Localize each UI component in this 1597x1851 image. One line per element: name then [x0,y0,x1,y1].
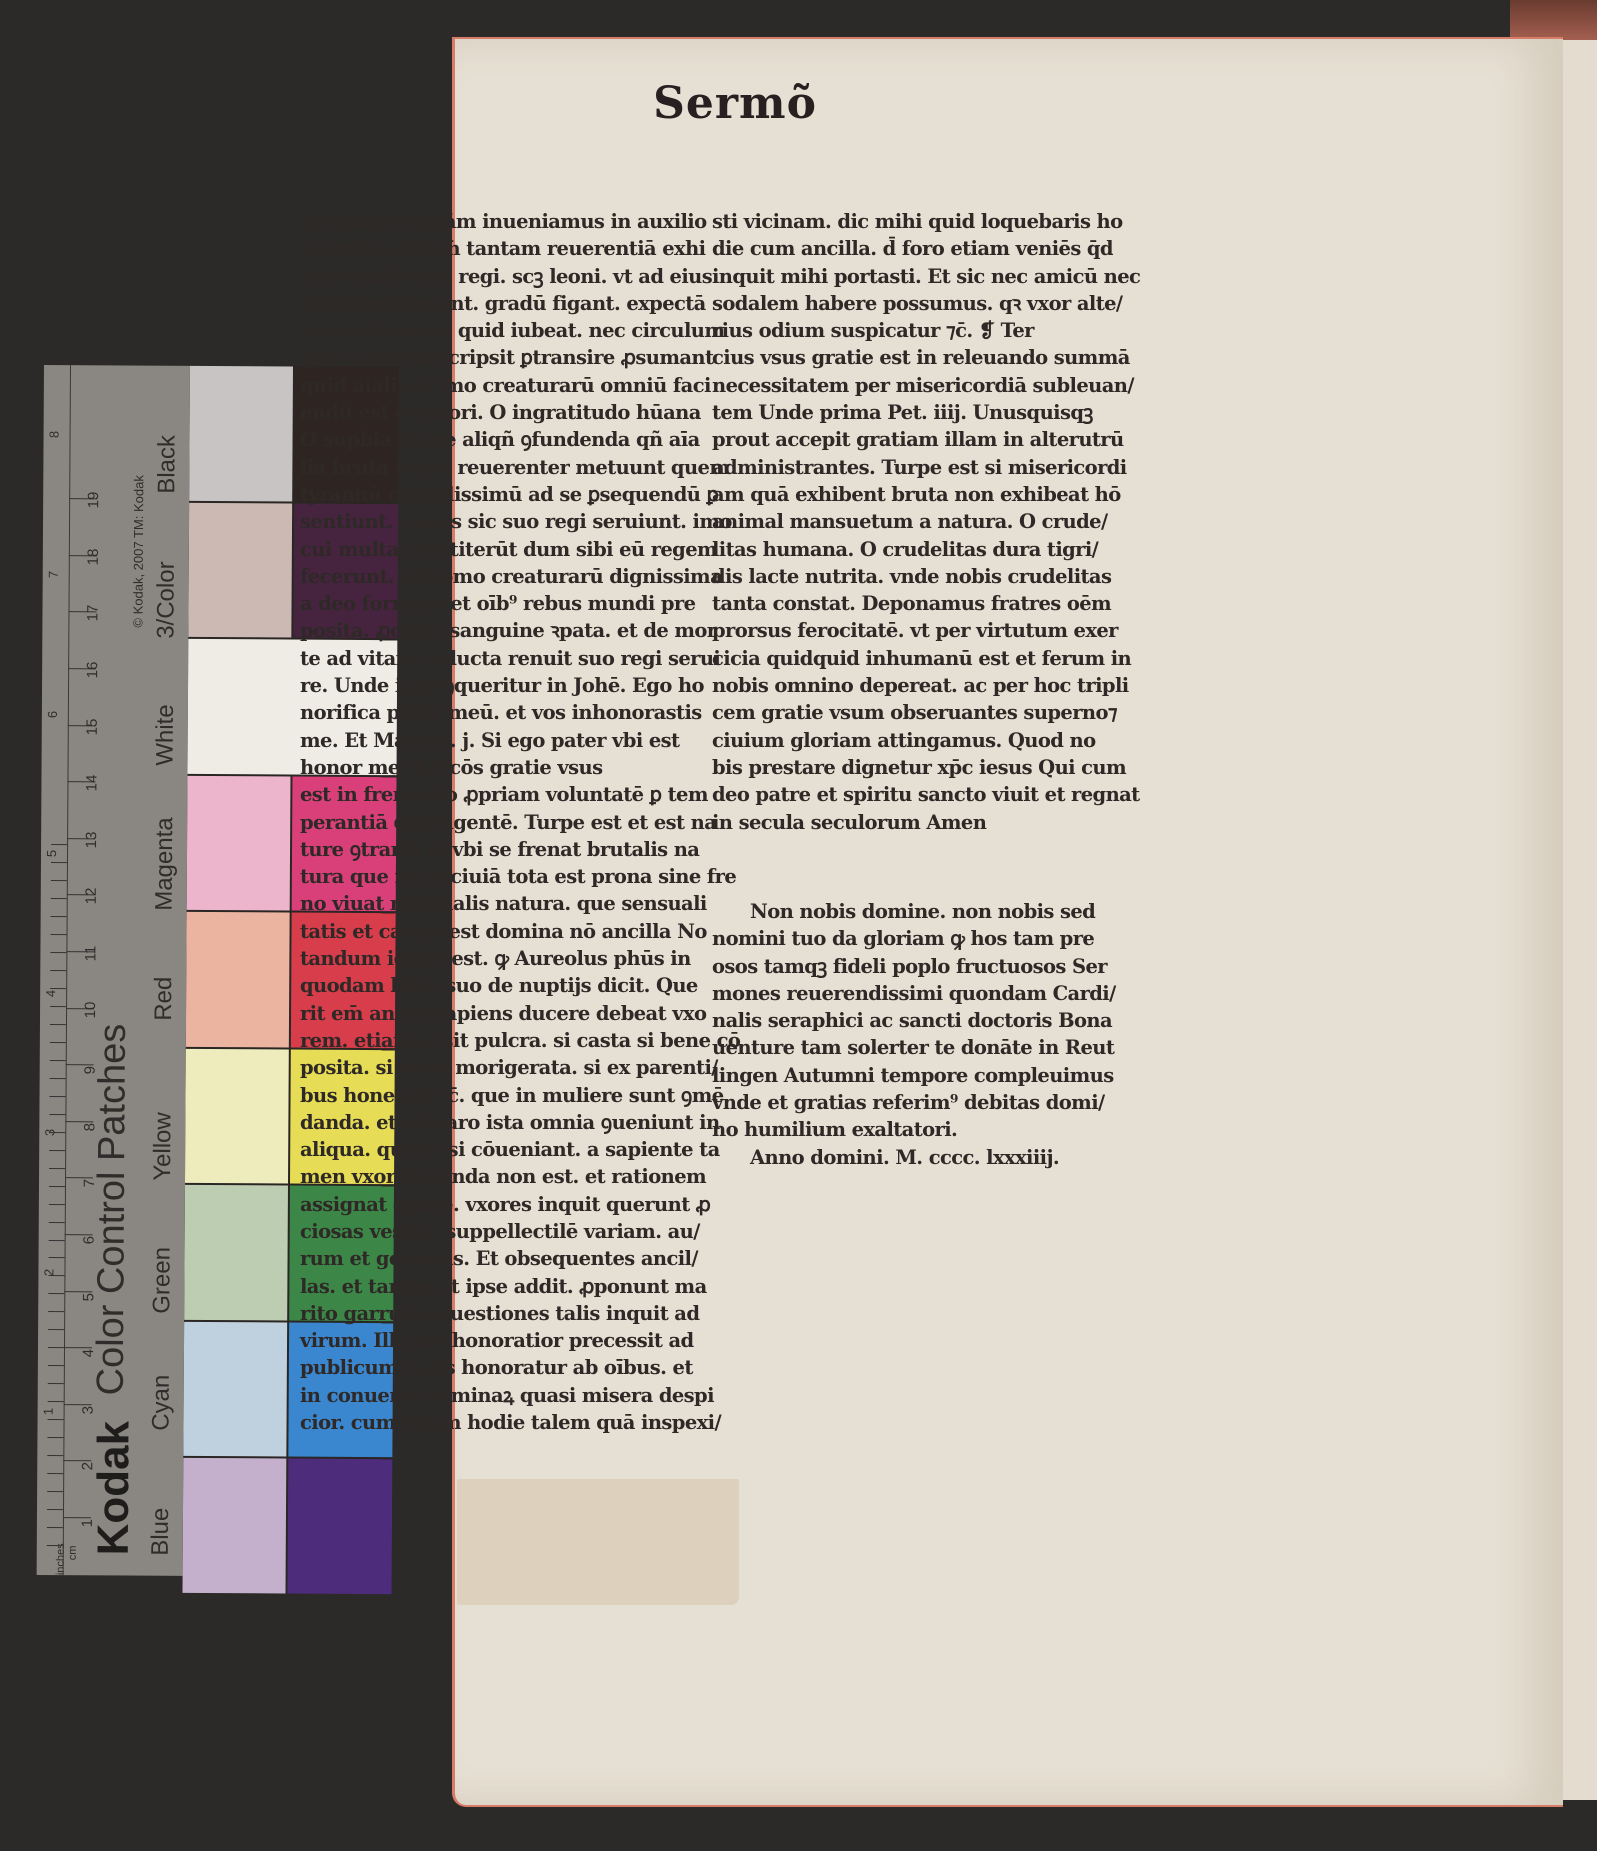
inch-tick [48,1365,64,1366]
inch-tick [48,1347,64,1348]
inch-tick [50,952,66,953]
running-head: Sermõ [615,78,855,129]
cm-number: 18 [85,548,102,565]
patch-blue-dark [288,1459,393,1594]
text-line: a deo formata et oīb⁹ rebus mundi pre [300,590,692,617]
text-line: publicum. talis honoratur ab oībus. et [300,1354,692,1381]
cm-tick [65,1121,93,1122]
text-line: cicia quidquid inhumanū est et ferum in [712,645,1092,672]
text-line: men vxor ducenda non est. et rationem [300,1163,692,1190]
cm-number: 5 [80,1292,97,1300]
text-line: fecerunt. et homo creaturarū dignissima [300,563,692,590]
text-line: die cum ancilla. d̄ foro etiam veniēs q̄… [712,235,1092,262]
inch-tick [51,844,67,845]
text-line: nobis omnino depereat. ac per hoc tripli [712,672,1092,699]
inch-tick [48,1311,64,1312]
text-line: norifica patrē meū. et vos inhonorastis [300,699,692,726]
text-line: virum. Illa me honoratior precessit ad [300,1327,692,1354]
text-column-right: sti vicinam. dic mihi quid loquebaris ho… [712,208,1092,836]
label-yellow: Yellow [149,1112,177,1181]
inch-number: 7 [46,571,61,578]
text-line: deo patre et spiritu sancto viuit et reg… [712,781,1092,808]
text-line: ciuium gloriam attingamus. Quod no [712,727,1092,754]
text-line: re. Unde ipse ꝯqueritur in Johē. Ego ho [300,672,692,699]
label-green: Green [148,1247,176,1314]
label-magenta: Magenta [151,817,180,911]
cm-number: 13 [83,831,100,848]
label-red: Red [150,977,178,1021]
text-line: tandum igitur est. ꝙ Aureolus phūs in [300,945,692,972]
inch-tick [47,1509,63,1510]
colophon: Non nobis domine. non nobis sednomini tu… [712,898,1116,1171]
inch-tick [49,1168,65,1169]
inch-tick [49,1258,65,1259]
text-line: tatis et carnis est domina nō ancilla No [300,918,692,945]
inch-tick [50,1078,66,1079]
cm-number: 3 [80,1406,97,1414]
text-line: tyrannū crudelissimū ad se ꝑsequendū ꝑ [300,481,692,508]
patch-red-light [186,912,290,1047]
text-line: tes cū tremore quid iubeat. nec circulum [300,317,692,344]
text-line: te ad vitam reducta renuit suo regi seru… [300,645,692,672]
text-line: lia bruta leonē reuerenter metuunt quem [300,454,692,481]
cm-number: 1 [79,1519,96,1527]
inch-number: 6 [45,710,60,717]
label-blue: Blue [147,1508,175,1556]
text-line: aliqua. que et si cōueniant. a sapiente … [300,1136,692,1163]
text-line: rius odium suspicatur ⁊c̄. ❡ Ter [712,317,1092,344]
text-line: am quā exhibent bruta non exhibeat hō [712,481,1092,508]
text-line: rugitum timeant. gradū figant. expectā [300,290,692,317]
colophon-line: nomini tuo da gloriam ꝙ hos tam pre [712,925,1116,952]
ruler: inches cm Kodak Color Control Patches © … [37,365,190,1576]
inch-tick [47,1545,63,1546]
copyright-text: © Kodak, 2007 TM: Kodak [130,475,146,628]
inch-tick [50,1006,66,1007]
text-column-left: ꝯsequamur grām inueniamus in auxilioopor… [300,208,692,1436]
text-line: perantiā ꝯstringentē. Turpe est et est n… [300,809,692,836]
inch-tick [50,1060,66,1061]
text-line: cem gratie vsum obseruantes superno⁊ [712,699,1092,726]
text-line: necessitatem per misericordiā subleuan/ [712,372,1092,399]
patch-yellow-light [185,1048,289,1183]
text-line: ciosas vestes. suppellectilē variam. au/ [300,1218,692,1245]
patch-blue-light [183,1458,287,1593]
colophon-line: uenture tam solerter te donāte in Reut [712,1034,1116,1061]
text-line: oportuno Si em̄ tantam reuerentiā exhi [300,235,692,262]
inch-tick [49,1222,65,1223]
inch-tick [48,1419,64,1420]
cm-number: 16 [84,662,101,679]
colophon-line: no humilium exaltatori. [712,1116,1116,1143]
patch-cyan-light [183,1321,287,1456]
patch-black-light [189,366,293,501]
cm-number: 10 [82,1001,99,1018]
cm-number: 14 [83,775,100,792]
cm-number: 11 [82,946,99,962]
cm-number: 15 [84,718,101,735]
inch-tick [49,1204,65,1205]
cm-number: 4 [80,1349,97,1357]
inch-number: 5 [44,850,59,857]
cm-tick [64,1291,92,1292]
inch-number: 4 [43,989,58,996]
inch-tick [48,1383,64,1384]
text-line: tem Unde prima Pet. iiij. Unusquisqꝫ [712,399,1092,426]
paper-repair-patch [457,1479,739,1605]
label-3color: 3/Color [152,561,180,639]
text-line: las. et tamen vt ipse addit. ꝓponunt ma [300,1273,692,1300]
text-line: quē cauda descripsit ꝑtransire ꝓsumant [300,344,692,371]
colophon-line: osos tamqꝫ fideli poplo fructuosos Ser [712,953,1116,980]
text-line: rit em̄ an vir sapiens ducere debeat vxo [300,1000,692,1027]
patch-magenta-light [187,775,291,910]
text-line: dis lacte nutrita. vnde nobis crudelitas [712,563,1092,590]
text-line: no viuat rationalis natura. que sensuali [300,890,692,917]
colophon-line: mones reuerendissimi quondam Cardi/ [712,980,1116,1007]
text-line: est in frenando ꝓpriam voluntatē ꝑ tem [300,781,692,808]
inch-tick [51,898,67,899]
cm-number: 8 [81,1123,98,1131]
text-line: danda. et ait raro ista omnia ꝯueniunt i… [300,1109,692,1136]
text-line: ꝯsequamur grām inueniamus in auxilio [300,208,692,235]
ruler-unit-cm: cm [67,1545,79,1560]
inch-number: 2 [41,1269,56,1276]
label-black: Black [153,435,181,494]
inch-tick [47,1527,63,1528]
text-line: quodam libro suo de nuptijs dicit. Que [300,972,692,999]
inch-tick [48,1329,64,1330]
inch-tick [49,1186,65,1187]
inch-tick [48,1401,64,1402]
text-line: cior. cum etiam hodie talem quā inspexi/ [300,1409,692,1436]
inch-tick [48,1293,64,1294]
cm-number: 7 [81,1179,98,1187]
text-line: animal mansuetum a natura. O crude/ [712,508,1092,535]
patch-3color-light [188,502,292,637]
text-line: endū est creatori. O ingratitudo hūana [300,399,692,426]
colophon-line: nalis seraphici ac sancti doctoris Bona [712,1007,1116,1034]
text-line: rito garrulas questiones talis inquit ad [300,1300,692,1327]
inch-tick [49,1114,65,1115]
text-line: rem. etiam si sit pulcra. si casta si be… [300,1027,692,1054]
inch-tick [51,862,67,863]
cm-number: 6 [81,1236,98,1244]
text-line: in secula seculorum Amen [712,809,1092,836]
text-line: sti vicinam. dic mihi quid loquebaris ho [712,208,1092,235]
text-line: rum et gemmas. Et obsequentes ancil/ [300,1245,692,1272]
text-line: tanta constat. Deponamus fratres oēm [712,590,1092,617]
text-line: cui multa prestiterūt dum sibi eū regem [300,536,692,563]
inch-number: 8 [47,431,62,438]
cm-number: 19 [85,492,102,509]
inch-tick [51,916,67,917]
text-line: posita. ꝓcioso sanguine ꝛpata. et de mor [300,617,692,644]
inch-tick [49,1150,65,1151]
text-line: ture ꝯtrariū vt vbi se frenat brutalis n… [300,836,692,863]
colophon-line: lingen Autumni tempore compleuimus [712,1062,1116,1089]
text-line: prout accepit gratiam illam in alterutrū [712,426,1092,453]
cm-number: 2 [79,1462,96,1470]
text-line: bent aīalia suo regi. scꝫ leoni. vt ad e… [300,263,692,290]
cm-number: 17 [84,605,101,622]
text-line: cius vsus gratie est in releuando summā [712,344,1092,371]
text-line: sentiunt. ⁊ apes sic suo regi seruiunt. … [300,508,692,535]
inch-tick [50,970,66,971]
text-line: assignat quare. vxores inquit querunt ꝓ [300,1191,692,1218]
text-line: O supbia digne aliqñ ꝯfundenda qñ aīa [300,426,692,453]
colophon-line: Non nobis domine. non nobis sed [712,898,1116,925]
inch-tick [47,1437,63,1438]
text-line: me. Et Malach. j. Si ego pater vbi est [300,727,692,754]
inch-tick [50,1024,66,1025]
kodak-logo: Kodak [89,1421,140,1556]
inch-tick [49,1240,65,1241]
label-cyan: Cyan [147,1375,175,1431]
inch-tick [50,1096,66,1097]
inch-number: 3 [42,1129,57,1136]
inch-tick [47,1491,63,1492]
text-line: bus honestis ⁊c̄. que in muliere sunt ꝯm… [300,1082,692,1109]
text-line: litas humana. O crudelitas dura tigri/ [712,536,1092,563]
text-line: administrantes. Turpe est si misericordi [712,454,1092,481]
colophon-line: Anno domini. M. cccc. lxxxiiij. [712,1144,1116,1171]
colophon-line: vnde et gratias referim⁹ debitas domi/ [712,1089,1116,1116]
inch-number: 1 [41,1408,56,1415]
ruler-unit-inches: inches [55,1543,67,1575]
inch-tick [51,880,67,881]
text-line: posita. si bene morigerata. si ex parent… [300,1054,692,1081]
text-line: prorsus ferocitatē. vt per virtutum exer [712,617,1092,644]
inch-tick [47,1455,63,1456]
text-line: quid aīalium imo creaturarū omniū faci [300,372,692,399]
cm-number: 9 [82,1066,99,1074]
text-line: tura que in lasciuiā tota est prona sine… [300,863,692,890]
target-title: Color Control Patches [90,1024,135,1396]
text-line: in conuentu feminaꝝ quasi misera despi [300,1382,692,1409]
text-line: sodalem habere possumus. qꝛ vxor alte/ [712,290,1092,317]
patch-green-light [184,1185,288,1320]
cm-number: 12 [83,888,100,905]
text-line: inquit mihi portasti. Et sic nec amicū n… [712,263,1092,290]
inch-tick [47,1473,63,1474]
text-line: honor me⁹ ❡ Scōs gratie vsus [300,754,692,781]
text-line: bis prestare dignetur xp̄c iesus Qui cum [712,754,1092,781]
cm-tick [64,1404,92,1405]
inch-tick [51,934,67,935]
inch-tick [50,1042,66,1043]
label-white: White [152,704,180,766]
